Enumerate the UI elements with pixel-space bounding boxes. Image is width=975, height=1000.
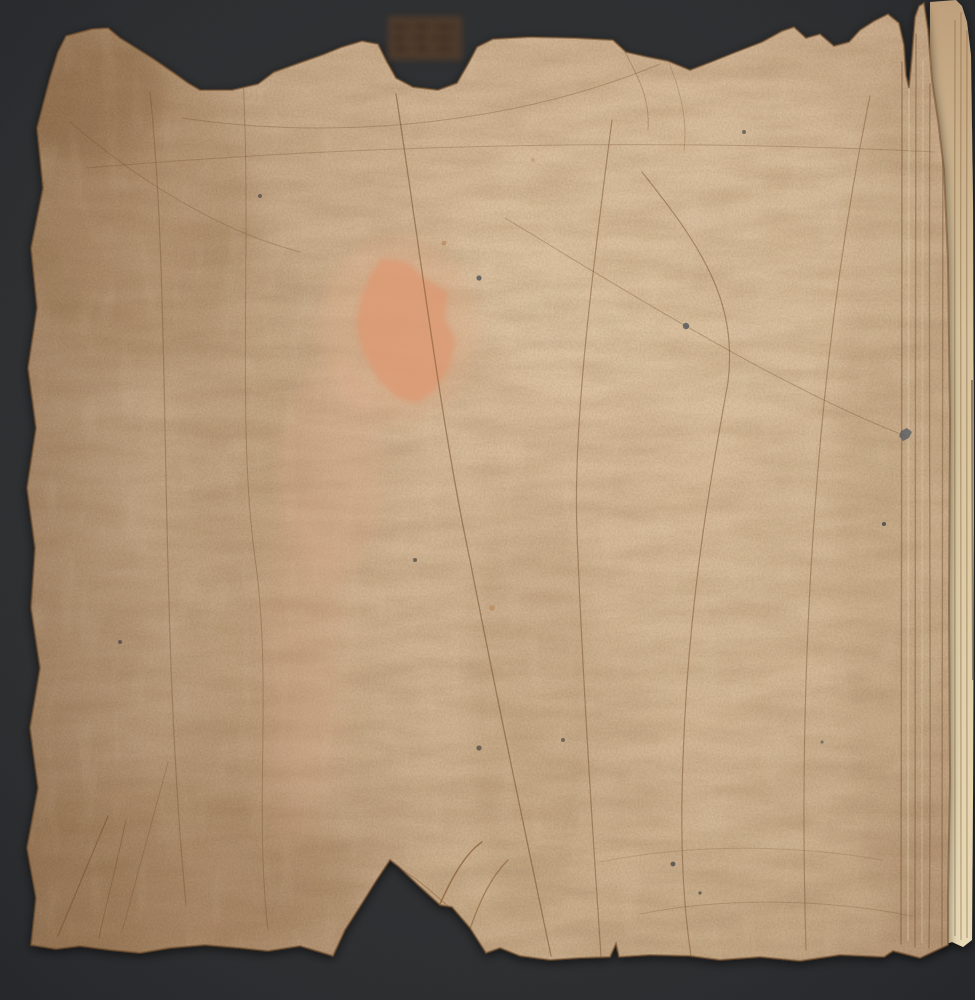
ownership-stamp <box>388 16 462 60</box>
scan-image <box>0 0 975 1000</box>
fore-edge-shadow-line <box>972 380 973 680</box>
paper-leaf <box>0 0 975 1000</box>
paper-grain-light <box>0 0 975 1000</box>
manuscript-scan: Digitised scan of a blank, heavily creas… <box>0 0 975 1000</box>
